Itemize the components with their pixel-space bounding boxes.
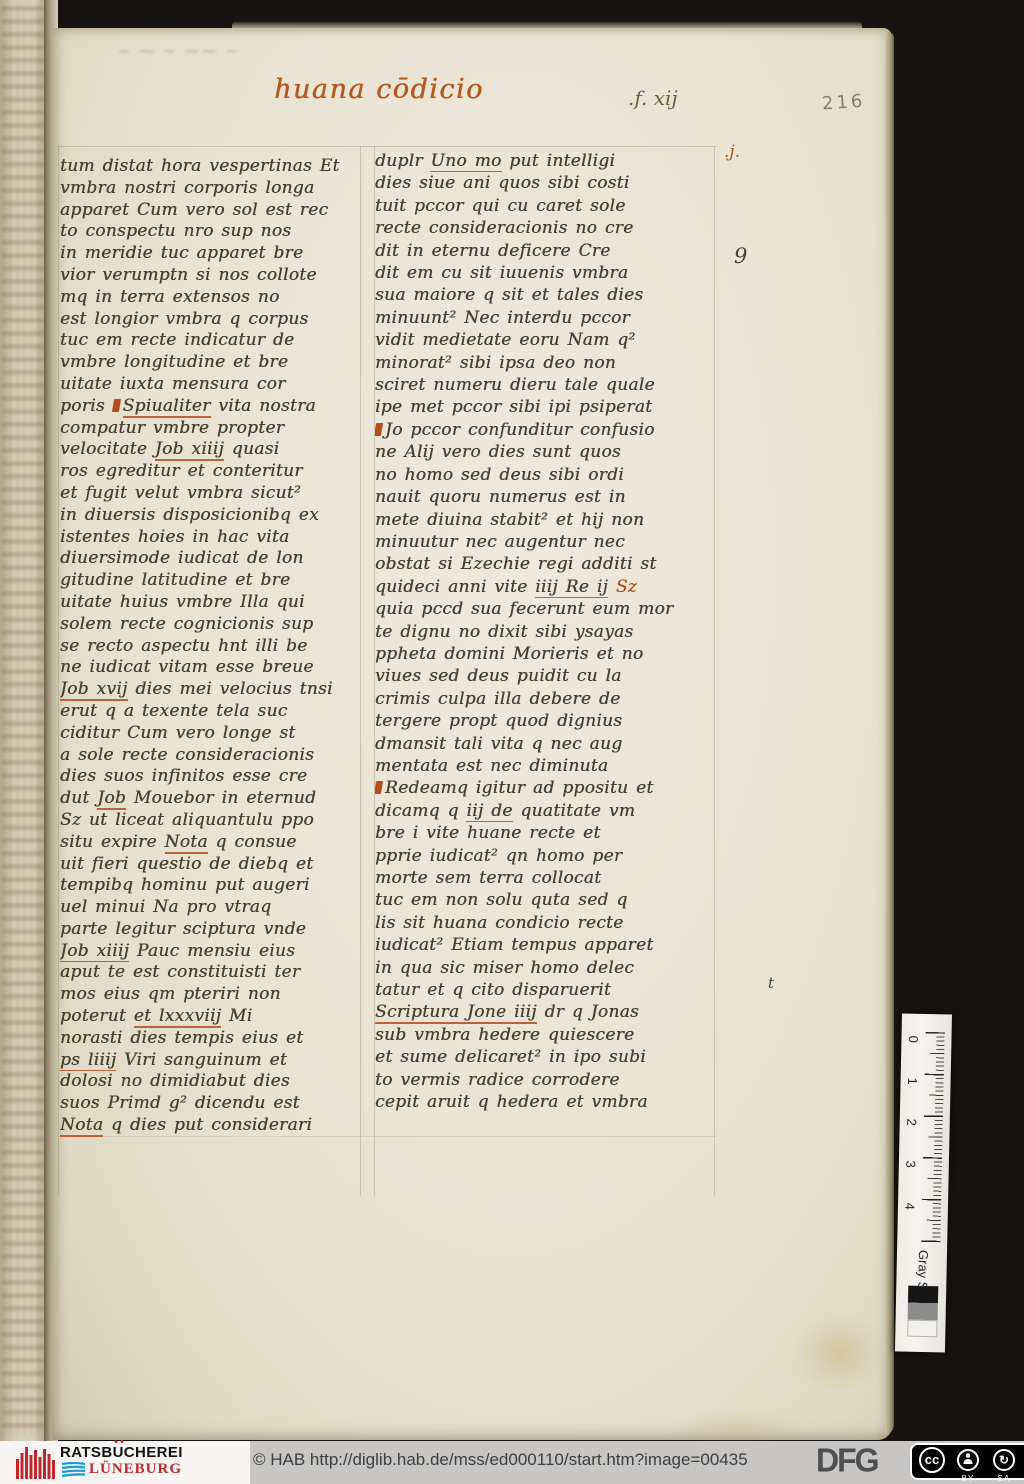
manuscript-line: mq in terra extensos no	[60, 287, 366, 309]
manuscript-line: uel minui Na pro vtraq	[60, 897, 366, 919]
manuscript-line: dicamq q iij de quatitate vm	[375, 800, 715, 822]
manuscript-line: poterut et lxxxviij Mi	[60, 1006, 366, 1028]
manuscript-line: dmansit tali vita q nec aug	[375, 733, 715, 755]
manuscript-line: compatur vmbre propter	[60, 418, 366, 440]
ruler-ticks-cm	[921, 1032, 944, 1244]
manuscript-line: vmbra nostri corporis longa	[60, 178, 366, 200]
manuscript-line: pprie iudicat² qn homo per	[375, 845, 715, 867]
manuscript-line: dut Job Mouebor in eternud	[60, 788, 366, 810]
manuscript-line: duplr Uno mo put intelligi	[375, 150, 715, 172]
manuscript-line: ne Alij vero dies sunt quos	[375, 441, 715, 463]
ruler-number: 4	[902, 1197, 917, 1215]
manuscript-line: tergere propt quod dignius	[375, 710, 715, 732]
manuscript-line: Nota q dies put considerari	[60, 1115, 366, 1137]
manuscript-line: dit in eternu deficere Cre	[375, 240, 715, 262]
library-bars-icon	[16, 1445, 56, 1481]
footer-bar: RATSBUCHEREI LÜNEBURG © HAB http://digli…	[0, 1441, 1024, 1484]
manuscript-line: minuutur nec augentur nec	[375, 531, 715, 553]
manuscript-line: minuunt² Nec interdu pccor	[375, 307, 715, 329]
manuscript-line: norasti dies tempis eius et	[60, 1028, 366, 1050]
cc-by-icon: BY	[953, 1447, 983, 1477]
manuscript-line: se recto aspectu hnt illi be	[60, 636, 366, 658]
manuscript-line: lis sit huana condicio recte	[375, 912, 715, 934]
ruler-number: 0	[906, 1030, 921, 1048]
manuscript-line: tuit pccor qui cu caret sole	[375, 195, 715, 217]
manuscript-line: tum distat hora vespertinas Et	[60, 156, 366, 178]
manuscript-line: Job xvij dies mei velocius tnsi	[60, 679, 366, 701]
running-header: huana cōdicio	[274, 74, 484, 105]
manuscript-line: mete diuina stabit² et hij non	[375, 509, 715, 531]
folio-number-ink: .f. xij	[628, 86, 678, 110]
manuscript-line: parte legitur sciptura vnde	[60, 919, 366, 941]
manuscript-line: mentata est nec diminuta	[375, 755, 715, 777]
manuscript-line: in diuersis disposicionibq ex	[60, 505, 366, 527]
show-through-marks: ~ ⁓ ~ ⁓⁓ ~	[118, 42, 378, 60]
dfg-logo: DFG	[816, 1441, 878, 1480]
manuscript-line: solem recte cognicionis sup	[60, 614, 366, 636]
manuscript-line: a sole recte consideracionis	[60, 745, 366, 767]
manuscript-line: velocitate Job xiiij quasi	[60, 439, 366, 461]
text-column-left: tum distat hora vespertinas Etvmbra nost…	[60, 156, 366, 1137]
manuscript-line: in meridie tuc apparet bre	[60, 243, 366, 265]
manuscript-line: ros egreditur et conteritur	[60, 461, 366, 483]
manuscript-line: poris Spiualiter vita nostra	[60, 396, 366, 418]
cc-sa-icon: ↻ SA	[989, 1447, 1019, 1477]
manuscript-line: ps liiij Viri sanguinum et	[60, 1050, 366, 1072]
gray-scale-ruler: 01234 Gray Scale	[895, 1013, 952, 1352]
folio-number-pencil: 216	[821, 91, 866, 115]
manuscript-line: est longior vmbra q corpus	[60, 309, 366, 331]
library-logo-panel: RATSBUCHEREI LÜNEBURG	[0, 1441, 250, 1484]
manuscript-line: dies suos infinitos esse cre	[60, 766, 366, 788]
manuscript-line: sua maiore q sit et tales dies	[375, 284, 715, 306]
gray-scale-patch	[908, 1303, 938, 1321]
cc-logo-icon: cc	[917, 1447, 947, 1477]
library-city: LÜNEBURG	[89, 1462, 182, 1477]
ruler-number: 3	[903, 1155, 918, 1173]
ruling-line	[58, 146, 59, 1196]
manuscript-line: et sume delicaret² in ipo subi	[375, 1046, 715, 1068]
manuscript-line: dies siue ani quos sibi costi	[375, 172, 715, 194]
manuscript-line: in qua sic miser homo delec	[375, 957, 715, 979]
manuscript-line: aput te est constituisti ter	[60, 962, 366, 984]
manuscript-line: uitate iuxta mensura cor	[60, 374, 366, 396]
manuscript-line: nauit quoru numerus est in	[375, 486, 715, 508]
manuscript-line: bre i vite huane recte et	[375, 822, 715, 844]
manuscript-line: tuc em non solu quta sed q	[375, 889, 715, 911]
gray-scale-patch	[908, 1286, 938, 1304]
manuscript-line: mos eius qm pteriri non	[60, 984, 366, 1006]
manuscript-line: apparet Cum vero sol est rec	[60, 200, 366, 222]
manuscript-line: tuc em recte indicatur de	[60, 330, 366, 352]
manuscript-line: Scriptura Jone iiij dr q Jonas	[375, 1001, 715, 1023]
margin-mark-red: .j.	[724, 142, 740, 162]
manuscript-line: Jo pccor confunditur confusio	[375, 419, 715, 441]
manuscript-line: viues sed deus puidit cu la	[375, 665, 715, 687]
gray-scale-patches	[907, 1286, 938, 1338]
manuscript-line: uit fieri questio de diebq et	[60, 854, 366, 876]
red-umlaut-dots	[114, 1440, 124, 1443]
manuscript-line: vmbre longitudine et bre	[60, 352, 366, 374]
manuscript-line: erut q a texente tela suc	[60, 701, 366, 723]
manuscript-line: Redeamq igitur ad ppositu et	[375, 777, 715, 799]
manuscript-line: ciditur Cum vero longe st	[60, 723, 366, 745]
manuscript-line: crimis culpa illa debere de	[375, 688, 715, 710]
manuscript-line: istentes hoies in hac vita	[60, 527, 366, 549]
manuscript-line: dit em cu sit iuuenis vmbra	[375, 262, 715, 284]
ruler-numbers: 01234	[902, 1013, 952, 1014]
ruler-number: 1	[905, 1072, 920, 1090]
manuscript-line: cepit aruit q hedera et vmbra	[375, 1091, 715, 1113]
manuscript-line: situ expire Nota q consue	[60, 832, 366, 854]
manuscript-line: dolosi no dimidiabut dies	[60, 1071, 366, 1093]
manuscript-line: ppheta domini Morieris et no	[375, 643, 715, 665]
manuscript-line: iudicat² Etiam tempus apparet	[375, 934, 715, 956]
library-name: RATSBUCHEREI	[60, 1445, 183, 1460]
manuscript-line: tempibq hominu put augeri	[60, 875, 366, 897]
cc-license-badge: cc BY ↻ SA	[910, 1443, 1024, 1480]
manuscript-line: recte consideracionis no cre	[375, 217, 715, 239]
manuscript-line: uitate huius vmbre Illa qui	[60, 592, 366, 614]
gray-scale-patch	[907, 1320, 937, 1338]
manuscript-line: suos Primd g² dicendu est	[60, 1093, 366, 1115]
manuscript-line: diuersimode iudicat de lon	[60, 548, 366, 570]
manuscript-line: to conspectu nro sup nos	[60, 221, 366, 243]
text-column-right: duplr Uno mo put intelligidies siue ani …	[375, 150, 715, 1113]
manuscript-line: Sz ut liceat aliquantulu ppo	[60, 810, 366, 832]
manuscript-line: morte sem terra collocat	[375, 867, 715, 889]
manuscript-line: et fugit velut vmbra sicut²	[60, 483, 366, 505]
manuscript-line: obstat si Ezechie regi additi st	[375, 553, 715, 575]
copyright-url: © HAB http://diglib.hab.de/mss/ed000110/…	[253, 1450, 748, 1470]
manuscript-line: te dignu no dixit sibi ysayas	[375, 621, 715, 643]
manuscript-line: Job xiiij Pauc mensiu eius	[60, 941, 366, 963]
manuscript-line: vidit medietate eoru Nam q²	[375, 329, 715, 351]
parchment-stain	[792, 1313, 887, 1393]
ruling-line	[58, 146, 716, 147]
manuscript-line: minorat² sibi ipsa deo non	[375, 352, 715, 374]
manuscript-line: to vermis radice corrodere	[375, 1069, 715, 1091]
manuscript-page: ~ ⁓ ~ ⁓⁓ ~ huana cōdicio .f. xij 216 .j.…	[52, 28, 892, 1440]
manuscript-line: ne iudicat vitam esse breue	[60, 657, 366, 679]
margin-small-mark: t	[768, 974, 774, 992]
manuscript-line: tatur et q cito disparuerit	[375, 979, 715, 1001]
manuscript-line: no homo sed deus sibi ordi	[375, 464, 715, 486]
margin-quire-mark: 9	[734, 244, 747, 268]
manuscript-line: vior verumptn si nos collote	[60, 265, 366, 287]
manuscript-line: quideci anni vite iiij Re ij Sz	[375, 576, 715, 598]
manuscript-line: sub vmbra hedere quiescere	[375, 1024, 715, 1046]
manuscript-line: gitudine latitudine et bre	[60, 570, 366, 592]
manuscript-line: sciret numeru dieru tale quale	[375, 374, 715, 396]
manuscript-line: ipe met pccor sibi ipi psiperat	[375, 396, 715, 418]
book-fan-icon	[60, 1462, 86, 1477]
manuscript-line: quia pccd sua fecerunt eum mor	[375, 598, 715, 620]
ruler-number: 2	[904, 1113, 919, 1131]
facing-page-edge	[0, 0, 46, 1441]
